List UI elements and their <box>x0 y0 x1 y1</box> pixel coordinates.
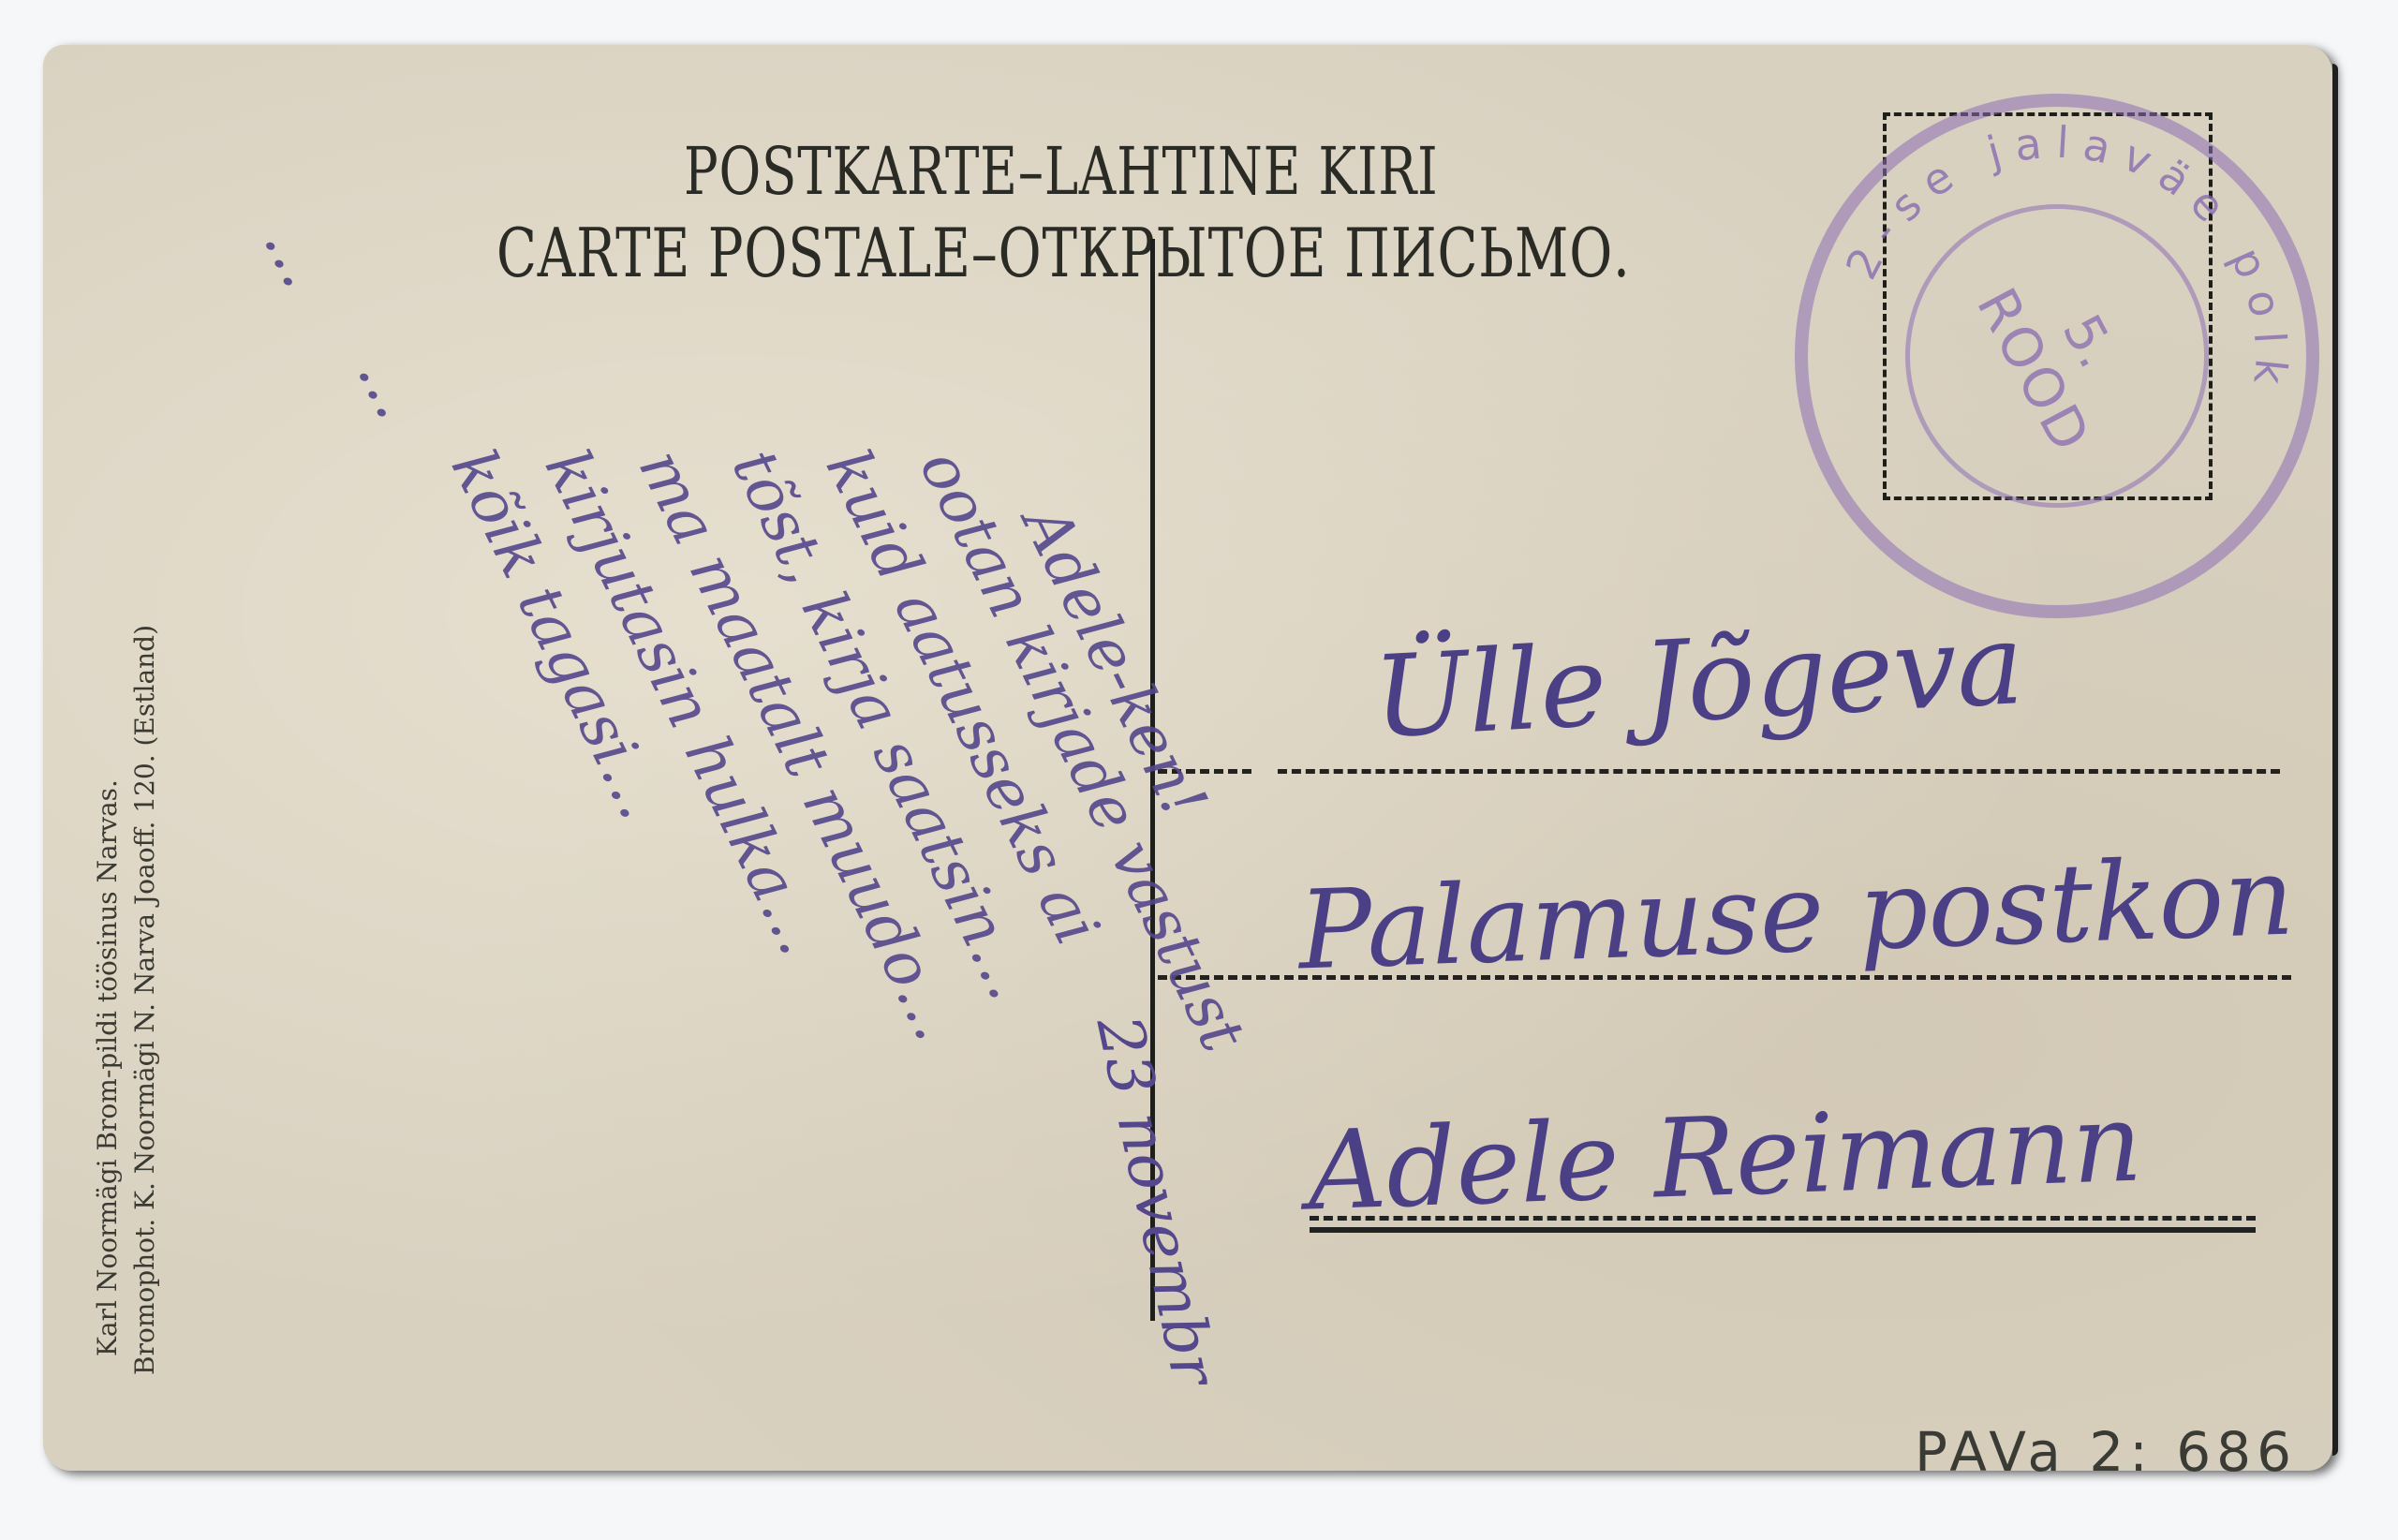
publisher-imprint-line-2: Bromophot. K. Noormägi N. Narva Joaoff. … <box>129 625 160 1375</box>
archive-number: PAVa 2: 686 <box>1915 1420 2297 1484</box>
handwritten-message: Adele-ken! ootan kirjade vastust kuid aa… <box>202 157 1167 1488</box>
postcard: POSTKARTE–LAHTINE KIRI CARTE POSTALE–ОТК… <box>43 45 2332 1471</box>
postmark-stamp: 2-se jalaväe polk 5. ROOD <box>1795 94 2319 618</box>
message-line: ... <box>344 345 435 429</box>
message-line: ... <box>250 214 341 298</box>
address-line-1: Ülle Jõgeva <box>1370 600 2027 763</box>
address-line-3: Adele Reimann <box>1306 1079 2144 1235</box>
address-line-2: Palamuse postkon <box>1296 833 2296 994</box>
address-line-guide <box>1278 769 2280 774</box>
publisher-imprint-line-1: Karl Noormägi Brom-pildi töösinus Narvas… <box>92 779 123 1356</box>
